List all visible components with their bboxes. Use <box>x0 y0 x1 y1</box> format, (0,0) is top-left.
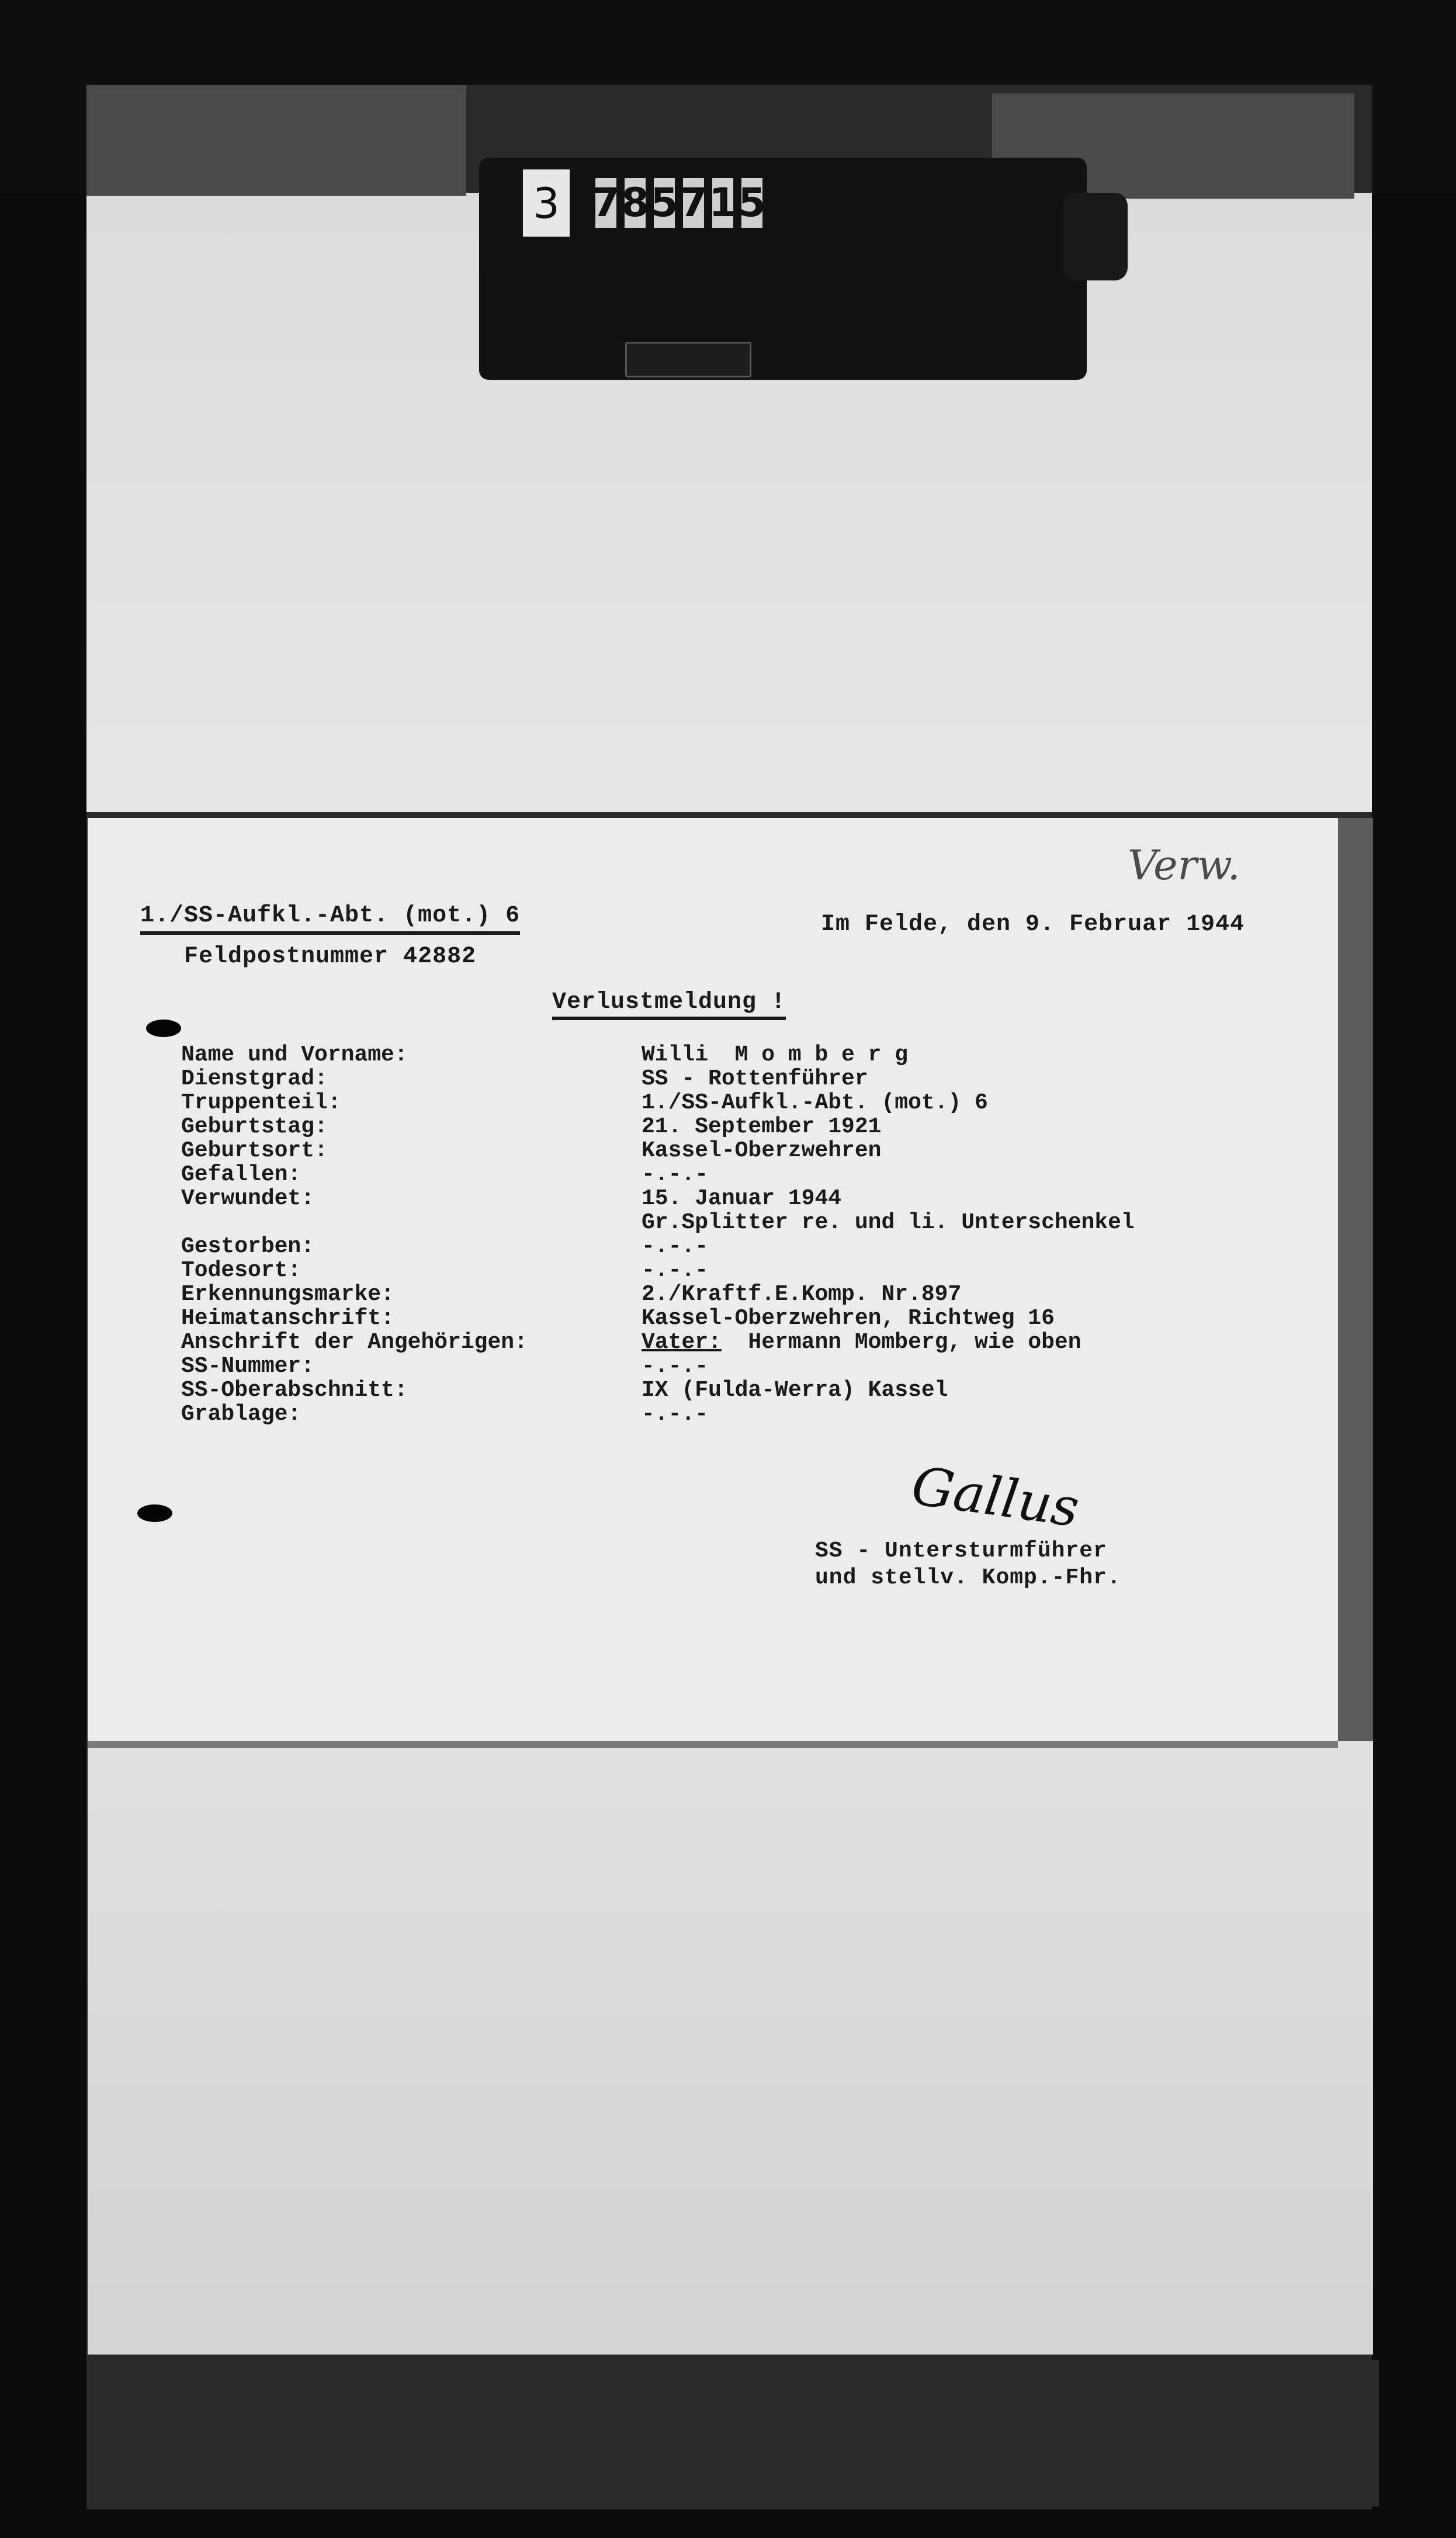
field-value: SS - Rottenführer <box>642 1067 1135 1091</box>
field-label: Name und Vorname: <box>181 1043 528 1067</box>
relation-value: Hermann Momberg, wie oben <box>722 1330 1081 1355</box>
counter-digit: 5 <box>654 178 675 228</box>
field-label: Heimatanschrift: <box>181 1306 528 1330</box>
feldpost-number: Feldpostnummer 42882 <box>184 944 476 970</box>
field-label: Todesort: <box>181 1258 528 1282</box>
field-value: 2./Kraftf.E.Komp. Nr.897 <box>642 1282 1135 1306</box>
field-value: -.-.- <box>642 1163 1135 1187</box>
bottom-board-edge <box>93 2360 1379 2506</box>
frame-counter: 3 7 8 5 7 1 5 <box>479 158 1087 380</box>
field-value: Kassel-Oberzwehren, Richtweg 16 <box>642 1306 1135 1330</box>
field-label: Gefallen: <box>181 1163 528 1187</box>
shadow-left <box>86 85 466 196</box>
field-label: Grablage: <box>181 1402 528 1426</box>
field-label: Geburtsort: <box>181 1139 528 1163</box>
punch-hole-icon <box>146 1020 181 1037</box>
field-values: Willi M o m b e r g SS - Rottenführer 1.… <box>642 1043 1135 1426</box>
field-label: SS-Nummer: <box>181 1354 528 1378</box>
lower-blank-sheet <box>88 1741 1373 2355</box>
field-value: Kassel-Oberzwehren <box>642 1139 1135 1163</box>
field-value: 21. September 1921 <box>642 1115 1135 1139</box>
field-label: Truppenteil: <box>181 1091 528 1115</box>
counter-digit: 1 <box>712 178 733 228</box>
field-label: Geburtstag: <box>181 1115 528 1139</box>
counter-digit: 7 <box>683 178 704 228</box>
counter-digit: 8 <box>625 178 646 228</box>
field-label: Erkennungsmarke: <box>181 1282 528 1306</box>
counter-knob <box>1063 193 1128 280</box>
field-label: Gestorben: <box>181 1235 528 1258</box>
field-value: -.-.- <box>642 1235 1135 1258</box>
field-value-relatives: Vater: Hermann Momberg, wie oben <box>642 1330 1135 1354</box>
field-value: -.-.- <box>642 1258 1135 1282</box>
counter-digit: 5 <box>741 178 762 228</box>
counter-prefix: 3 <box>523 169 570 237</box>
relation-label: Vater: <box>642 1330 722 1355</box>
signer-role: und stellv. Komp.-Fhr. <box>815 1565 1121 1592</box>
field-label: Verwundet: <box>181 1187 528 1211</box>
counter-display: 3 7 8 5 7 1 5 <box>523 169 762 237</box>
field-label: Anschrift der Angehörigen: <box>181 1330 528 1354</box>
field-label: SS-Oberabschnitt: <box>181 1378 528 1402</box>
counter-slot <box>625 342 751 377</box>
signer-block: SS - Untersturmführerund stellv. Komp.-F… <box>815 1538 1121 1592</box>
unit-heading: 1./SS-Aufkl.-Abt. (mot.) 6 <box>140 903 520 935</box>
field-value: IX (Fulda-Werra) Kassel <box>642 1378 1135 1402</box>
field-value: -.-.- <box>642 1354 1135 1378</box>
document-title: Verlustmeldung ! <box>552 989 786 1020</box>
field-label: Dienstgrad: <box>181 1067 528 1091</box>
field-value: 1./SS-Aufkl.-Abt. (mot.) 6 <box>642 1091 1135 1115</box>
punch-hole-icon <box>137 1504 172 1522</box>
field-label <box>181 1211 528 1235</box>
field-value: -.-.- <box>642 1402 1135 1426</box>
signer-rank: SS - Untersturmführer <box>815 1538 1121 1565</box>
field-value: Willi M o m b e r g <box>642 1043 1135 1067</box>
field-labels: Name und Vorname: Dienstgrad: Truppentei… <box>181 1043 528 1426</box>
field-value: 15. Januar 1944 <box>642 1187 1135 1211</box>
place-date: Im Felde, den 9. Februar 1944 <box>821 911 1244 938</box>
handwritten-note: Verw. <box>1128 841 1240 889</box>
counter-digit: 7 <box>595 178 616 228</box>
field-value: Gr.Splitter re. und li. Unterschenkel <box>642 1211 1135 1235</box>
